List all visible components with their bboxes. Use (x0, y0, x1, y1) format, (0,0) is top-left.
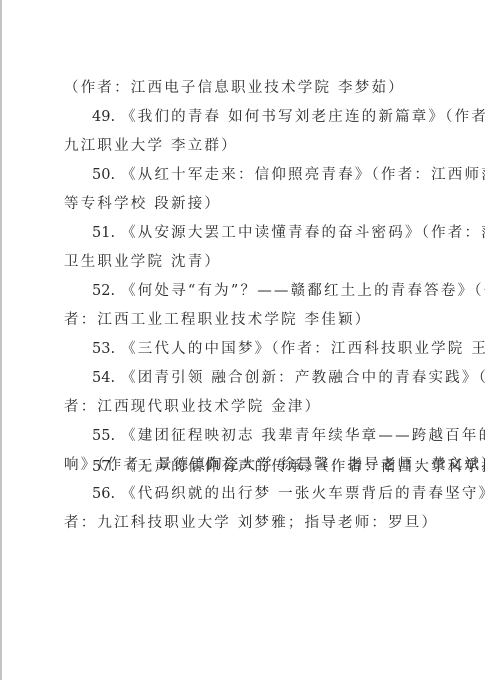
entry-57-title-line: 57.《无声的信仰有声的传承》（作者：南昌大学科学技术 (92, 457, 485, 477)
line-text: 《团青引领 融合创新：产教融合中的青春实践》（作 (121, 370, 485, 386)
line-text: 《无声的信仰有声的传承》（作者：南昌大学科学技术 (121, 459, 485, 475)
entry-48-author-line: （作者：江西电子信息职业技术学院 李梦茹） (64, 78, 405, 98)
entry-number: 51. (92, 225, 115, 241)
entry-52-title-line: 52.《何处寻“有为”？——赣鄱红土上的青春答卷》（作 (92, 281, 485, 301)
entry-number: 55. (92, 428, 115, 444)
line-text: 《代码织就的出行梦 一张火车票背后的青春坚守》（作 (121, 486, 485, 502)
entry-51-author-line: 卫生职业学院 沈青） (64, 252, 221, 272)
entry-number: 49. (92, 109, 115, 125)
entry-number: 57. (92, 459, 115, 475)
line-text: 卫生职业学院 沈青） (64, 254, 221, 270)
line-text: 者：九江科技职业大学 刘梦雅；指导老师：罗旦） (64, 515, 438, 531)
line-text: 《从红十军走来：信仰照亮青春》（作者：江西师范高 (121, 167, 485, 183)
line-text: 等专科学校 段新接） (64, 196, 221, 212)
entry-50-title-line: 50.《从红十军走来：信仰照亮青春》（作者：江西师范高 (92, 165, 485, 185)
entry-54-author-line: 者：江西现代职业技术学院 金津） (64, 397, 321, 417)
line-text: 《从安源大罢工中读懂青春的奋斗密码》（作者：萍乡 (121, 225, 485, 241)
entry-53-title-line: 53.《三代人的中国梦》（作者：江西科技职业学院 王玉龙） (92, 339, 485, 359)
entry-54-title-line: 54.《团青引领 融合创新：产教融合中的青春实践》（作 (92, 368, 485, 388)
line-text: 《何处寻“有为”？——赣鄱红土上的青春答卷》（作 (121, 283, 485, 299)
entry-49-title-line: 49.《我们的青春 如何书写刘老庄连的新篇章》（作者： (92, 107, 485, 127)
entry-56-author-line: 者：九江科技职业大学 刘梦雅；指导老师：罗旦） (64, 513, 438, 533)
entry-number: 53. (92, 341, 115, 357)
line-text: 《我们的青春 如何书写刘老庄连的新篇章》（作者： (121, 109, 485, 125)
entry-number: 54. (92, 370, 115, 386)
entry-number: 52. (92, 283, 115, 299)
line-text: 者：江西工业工程职业技术学院 李佳颖） (64, 312, 371, 328)
entry-50-author-line: 等专科学校 段新接） (64, 194, 221, 214)
line-text: 《三代人的中国梦》（作者：江西科技职业学院 王玉龙） (121, 341, 485, 357)
line-text: 九江职业大学 李立群） (64, 138, 238, 154)
entry-56-title-line: 56.《代码织就的出行梦 一张火车票背后的青春坚守》（作 (92, 484, 485, 504)
entry-number: 50. (92, 167, 115, 183)
entry-52-author-line: 者：江西工业工程职业技术学院 李佳颖） (64, 310, 371, 330)
line-text: （作者：江西电子信息职业技术学院 李梦茹） (64, 80, 405, 96)
entry-51-title-line: 51.《从安源大罢工中读懂青春的奋斗密码》（作者：萍乡 (92, 223, 485, 243)
entry-49-author-line: 九江职业大学 李立群） (64, 136, 238, 156)
line-text: 《建团征程映初志 我辈青年续华章——跨越百年的回 (121, 428, 485, 444)
entry-number: 56. (92, 486, 115, 502)
line-text: 者：江西现代职业技术学院 金津） (64, 399, 321, 415)
document-page: （作者：江西电子信息职业技术学院 李梦茹） 49.《我们的青春 如何书写刘老庄连… (0, 0, 485, 680)
entry-55-title-line: 55.《建团征程映初志 我辈青年续华章——跨越百年的回 (92, 426, 485, 446)
